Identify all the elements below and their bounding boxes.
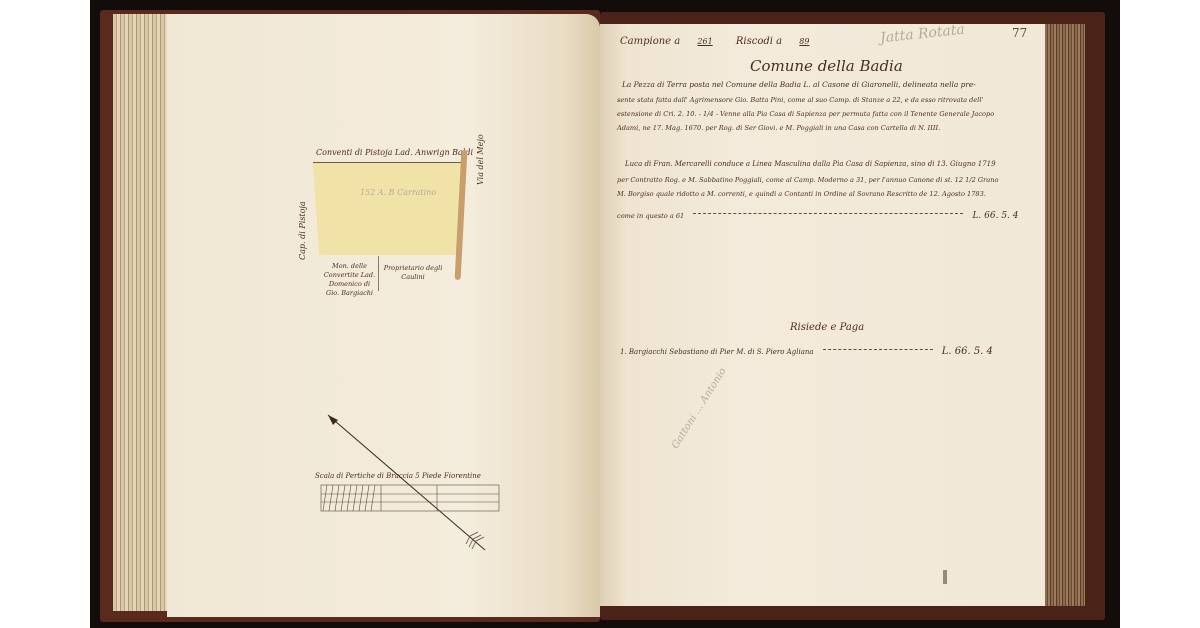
parcel-shape: [313, 163, 463, 255]
entry-leader-dashes: [823, 349, 933, 350]
header-line: Campione a 261 Riscodi a 89: [620, 36, 823, 47]
ink-mark: [943, 570, 947, 584]
scale-bar: [320, 482, 502, 514]
left-page-edges: [113, 14, 168, 611]
leader-dashes: [693, 213, 963, 214]
map-bottom-left-label: Mon. delle Convertite Lad. Domenico di G…: [322, 262, 377, 298]
riscodi-label: Riscodi a: [736, 36, 782, 47]
paragraph1-line1: La Pezza di Terra posta nel Comune della…: [622, 80, 976, 89]
campione-value: 261: [683, 37, 726, 46]
parcel-top-edge: [313, 162, 463, 163]
paragraph2-line1: Luca di Fran. Mercarelli conduce a Linea…: [625, 160, 996, 168]
paragraph2-line3: M. Borgiso quale ridotto a M. correnti, …: [617, 190, 986, 198]
map-left-label: Cap. di Pistoja: [298, 201, 307, 260]
paragraph2-amount: L. 66. 5. 4: [972, 211, 1018, 221]
paragraph2-text-end: come in questo a 61: [617, 212, 684, 220]
riscodi-value: 89: [785, 37, 823, 46]
paragraph2-line4: come in questo a 61 L. 66. 5. 4: [617, 203, 1027, 222]
section2-title: Risiede e Paga: [790, 322, 864, 333]
map-bottom-right-label: Proprietario degli Caulini: [383, 264, 443, 282]
paragraph1-line3: estensione di Cri. 2. 10. - 1/4 - Venne …: [617, 110, 994, 118]
entry-line: 1. Bargiacchi Sebastiano di Pier M. di S…: [620, 339, 1020, 358]
paragraph2-line2: per Contratto Rog. e M. Sabbatino Poggia…: [617, 176, 998, 184]
parcel-pencil-note: 152 A. B Carratino: [360, 188, 436, 197]
right-page-edges: [1045, 24, 1085, 606]
paragraph1-line2: sente stata fatta dall' Agrimensore Gio.…: [617, 96, 983, 104]
scale-label: Scala di Pertiche di Braccia 5 Piede Fio…: [315, 472, 481, 480]
entry-text: 1. Bargiacchi Sebastiano di Pier M. di S…: [620, 348, 814, 356]
page-number: 77: [1012, 26, 1027, 40]
map-divider: [378, 256, 379, 291]
page-title: Comune della Badia: [750, 57, 903, 75]
map-top-label: Conventi di Pistoja Lad. Anwrign Baldi: [316, 148, 473, 157]
paragraph1-line4: Adami, ne 17. Mag. 1670. per Rog. di Ser…: [617, 124, 940, 132]
campione-label: Campione a: [620, 36, 680, 47]
entry-amount: L. 66. 5. 4: [942, 346, 993, 357]
map-right-label: Via del Mejo: [476, 134, 485, 185]
